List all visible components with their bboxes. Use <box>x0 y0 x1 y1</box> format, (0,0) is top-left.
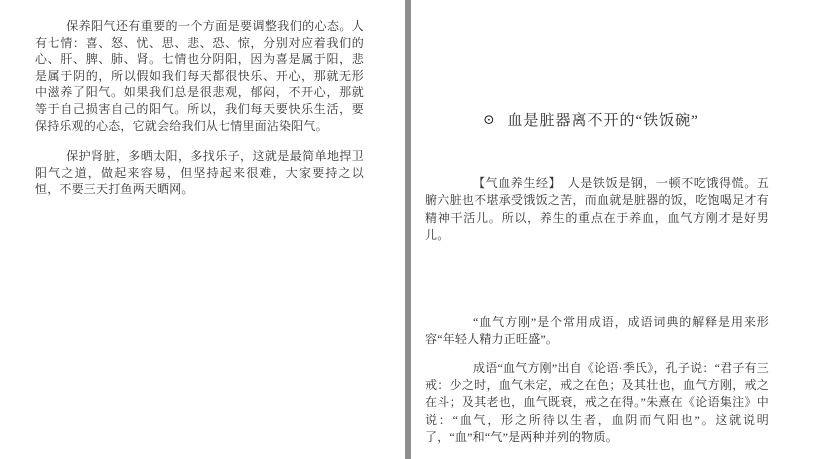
book-spread: 保养阳气还有重要的一个方面是要调整我们的心态。人有七情：喜、怒、忧、思、悲、恐、… <box>0 0 819 459</box>
section-heading: ⊙ 血是脏器离不开的“铁饭碗” <box>425 110 769 133</box>
right-page-paragraph-3: 成语“血气方刚”出自《论语·季氏》，孔子说：“君子有三戒：少之时，血气未定，戒之… <box>425 360 769 446</box>
circled-dot-bullet-icon: ⊙ <box>483 113 496 128</box>
right-page-paragraph-1: 【气血养生经】 人是铁饭是钢，一顿不吃饿得慌。五腑六脏也不堪承受饿饭之苦，而血就… <box>425 175 769 244</box>
left-page-paragraph-1: 保养阳气还有重要的一个方面是要调整我们的心态。人有七情：喜、怒、忧、思、悲、恐、… <box>35 18 364 134</box>
left-page-paragraph-2: 保护肾脏，多晒太阳，多找乐子，这就是最简单地捍卫阳气之道，做起来容易，但坚持起来… <box>35 148 364 198</box>
right-page: ⊙ 血是脏器离不开的“铁饭碗” 【气血养生经】 人是铁饭是钢，一顿不吃饿得慌。五… <box>425 110 769 446</box>
right-page-paragraph-2: “血气方刚”是个常用成语，成语词典的解释是用来形容“年轻人精力正旺盛”。 <box>425 314 769 349</box>
left-page: 保养阳气还有重要的一个方面是要调整我们的心态。人有七情：喜、怒、忧、思、悲、恐、… <box>35 18 364 198</box>
section-heading-title: 血是脏器离不开的“铁饭碗” <box>507 113 698 129</box>
page-spine-divider <box>405 0 411 459</box>
